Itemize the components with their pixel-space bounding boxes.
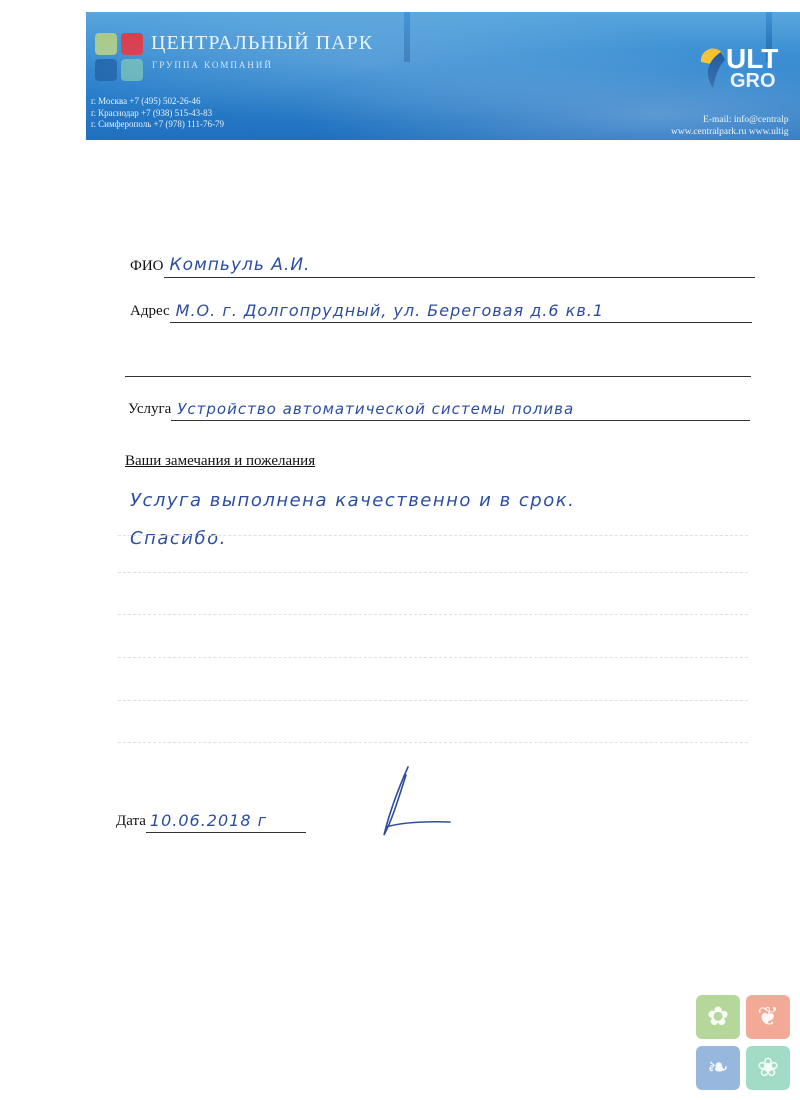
berry-branch-icon: ❀: [746, 1046, 790, 1090]
address-value: М.О. г. Долгопрудный, ул. Береговая д.6 …: [176, 301, 604, 320]
comment-rule: [118, 742, 748, 743]
corner-brand-logo: ✿ ❦ ❧ ❀: [696, 995, 792, 1091]
fio-field: ФИО Компьуль А.И.: [130, 255, 755, 278]
service-field: Услуга Устройство автоматической системы…: [128, 398, 750, 421]
service-line[interactable]: Устройство автоматической системы полива: [171, 398, 750, 421]
fern-icon: ❧: [696, 1046, 740, 1090]
logo-tile-blue-icon: [95, 59, 117, 81]
address-field: Адрес М.О. г. Долгопрудный, ул. Берегова…: [130, 300, 752, 323]
comment-rule: [118, 657, 748, 658]
binder-pin-mark: [404, 12, 410, 62]
herb-leaf-icon: ✿: [696, 995, 740, 1039]
website-text: www.centralpark.ru www.ultig: [671, 126, 789, 138]
contact-list: г. Москва +7 (495) 502-26-46 г. Краснода…: [91, 96, 224, 131]
contact-moscow: г. Москва +7 (495) 502-26-46: [91, 96, 224, 108]
company-name: ЦЕНТРАЛЬНЫЙ ПАРК: [151, 32, 373, 55]
comments-heading: Ваши замечания и пожелания: [125, 453, 315, 470]
contact-krasnodar: г. Краснодар +7 (938) 515-43-83: [91, 108, 224, 120]
fio-label: ФИО: [130, 258, 164, 278]
email-web-info: E-mail: info@centralp www.centralpark.ru…: [671, 114, 789, 138]
comment-rule: [118, 572, 748, 573]
comment-line-2: Спасибо.: [130, 528, 227, 549]
logo-tile-green-icon: [95, 33, 117, 55]
comment-line-1: Услуга выполнена качественно и в срок.: [130, 490, 575, 511]
address-label: Адрес: [130, 303, 170, 323]
leaf-icon: ❦: [746, 995, 790, 1039]
logo-tile-teal-icon: [121, 59, 143, 81]
service-value: Устройство автоматической системы полива: [177, 400, 574, 418]
signature-mark[interactable]: [380, 765, 455, 840]
date-line[interactable]: 10.06.2018 г: [146, 810, 306, 833]
company-subtitle: ГРУППА КОМПАНИЙ: [152, 60, 273, 70]
company-logo-icon: [95, 33, 143, 81]
partner-logo-text: ULT GRO: [726, 48, 778, 92]
comment-rule: [118, 535, 748, 536]
fio-value: Компьуль А.И.: [170, 255, 311, 275]
ultima-logo-icon: [691, 42, 731, 92]
date-label: Дата: [116, 813, 146, 833]
comment-rule: [118, 700, 748, 701]
email-text: E-mail: info@centralp: [671, 114, 789, 126]
address-continuation-line: [125, 376, 751, 377]
address-line[interactable]: М.О. г. Долгопрудный, ул. Береговая д.6 …: [170, 300, 752, 323]
date-field: Дата 10.06.2018 г: [116, 810, 306, 833]
letterhead-banner: ЦЕНТРАЛЬНЫЙ ПАРК ГРУППА КОМПАНИЙ г. Моск…: [86, 12, 800, 140]
service-label: Услуга: [128, 401, 171, 421]
contact-simferopol: г. Симферополь +7 (978) 111-76-79: [91, 119, 224, 131]
date-value: 10.06.2018 г: [150, 811, 267, 830]
comment-rule: [118, 614, 748, 615]
logo-tile-red-icon: [121, 33, 143, 55]
fio-line[interactable]: Компьуль А.И.: [164, 255, 755, 278]
